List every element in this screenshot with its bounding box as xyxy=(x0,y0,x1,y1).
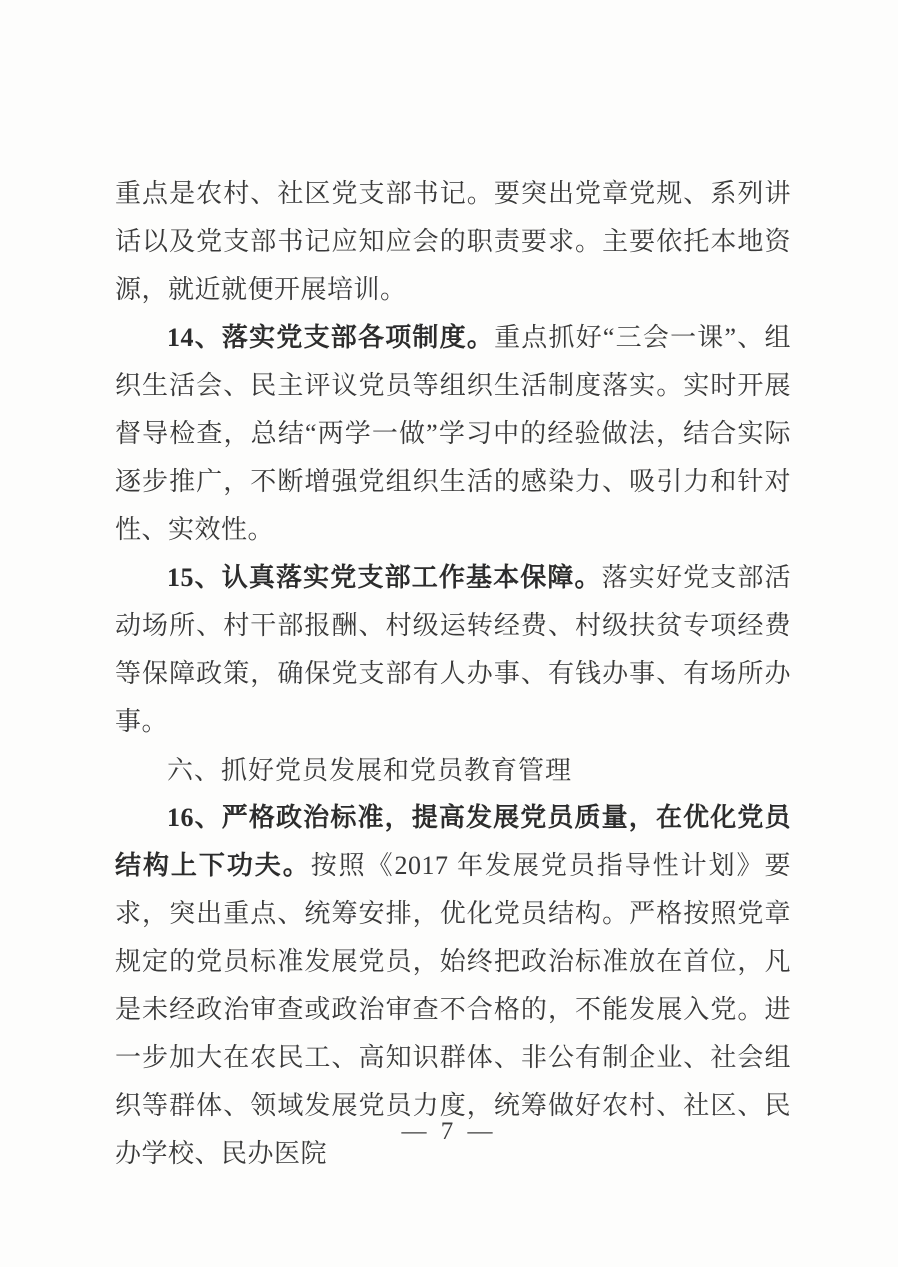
paragraph-lead-bold: 15、认真落实党支部工作基本保障。 xyxy=(167,563,602,592)
paragraph-lead-bold: 14、落实党支部各项制度。 xyxy=(167,323,494,352)
paragraph-item-14: 14、落实党支部各项制度。重点抓好“三会一课”、组织生活会、民主评议党员等组织生… xyxy=(115,314,791,554)
paragraph-body-text: 重点是农村、社区党支部书记。要突出党章党规、系列讲话以及党支部书记应知应会的职责… xyxy=(115,179,791,304)
paragraph-item-15: 15、认真落实党支部工作基本保障。落实好党支部活动场所、村干部报酬、村级运转经费… xyxy=(115,554,791,746)
paragraph-body-text: 重点抓好“三会一课”、组织生活会、民主评议党员等组织生活制度落实。实时开展督导检… xyxy=(115,323,791,544)
document-text-block: 重点是农村、社区党支部书记。要突出党章党规、系列讲话以及党支部书记应知应会的职责… xyxy=(115,170,791,1178)
paragraph-continuation: 重点是农村、社区党支部书记。要突出党章党规、系列讲话以及党支部书记应知应会的职责… xyxy=(115,170,791,314)
scanned-document-page: 重点是农村、社区党支部书记。要突出党章党规、系列讲话以及党支部书记应知应会的职责… xyxy=(0,0,898,1267)
page-number: — 7 — xyxy=(0,1118,898,1146)
section-heading-six: 六、抓好党员发展和党员教育管理 xyxy=(115,746,791,794)
section-heading-text: 六、抓好党员发展和党员教育管理 xyxy=(167,755,572,785)
